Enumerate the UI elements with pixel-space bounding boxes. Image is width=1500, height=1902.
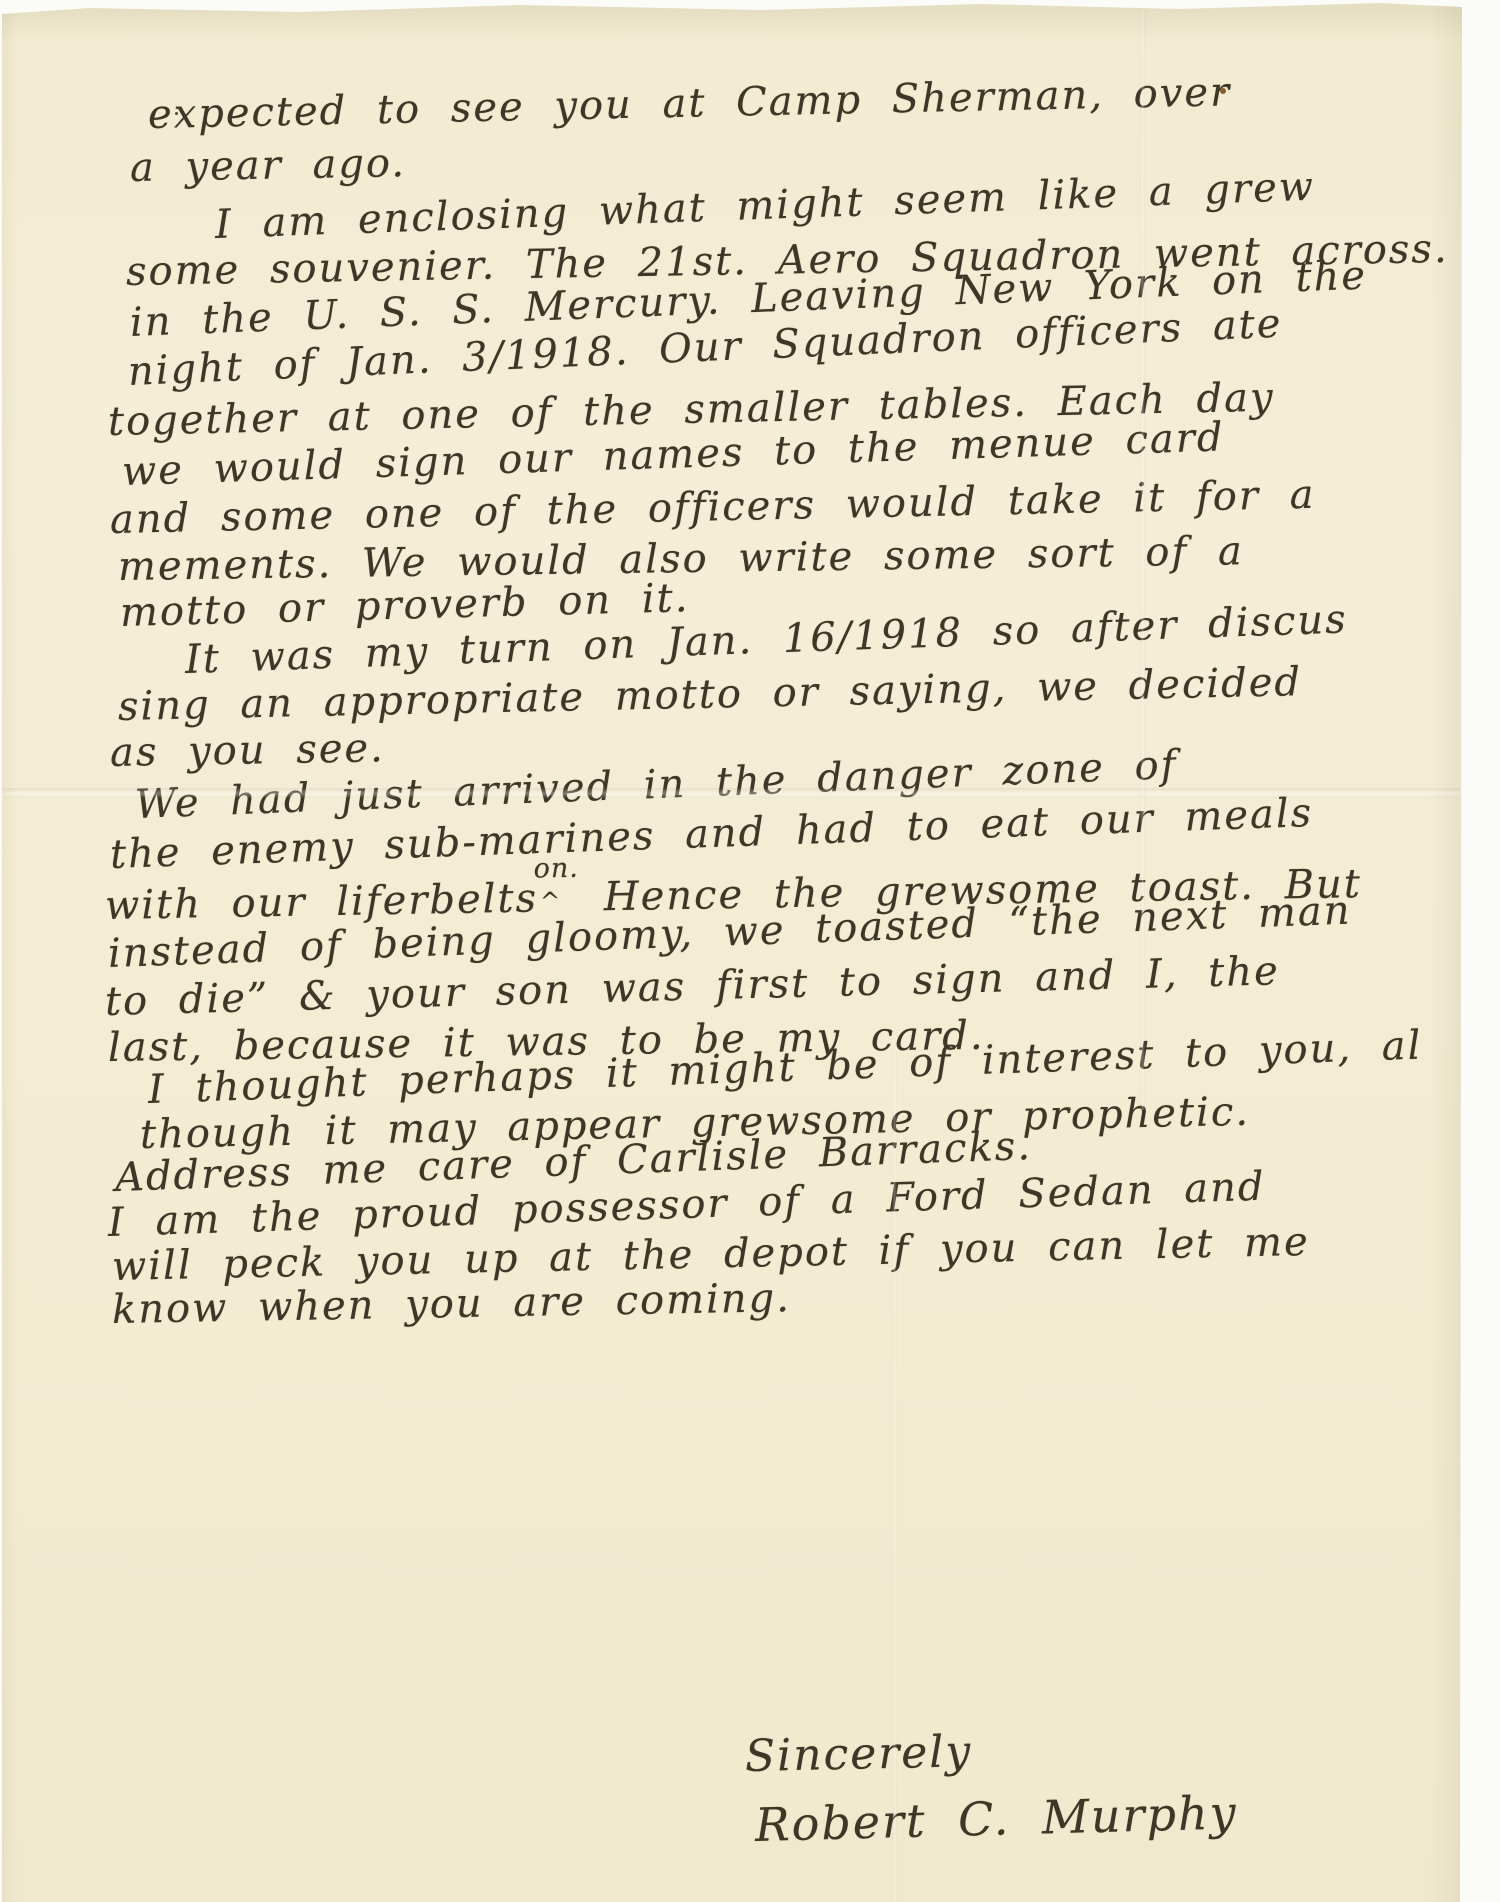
letter-line: know when you are coming.: [112, 1278, 792, 1330]
inserted-word: on.: [533, 855, 579, 883]
horizontal-fold-crease: [2, 788, 1460, 798]
letter-paper: expected to see you at Camp Sherman, ove…: [0, 0, 1500, 1902]
paper-speck: [175, 112, 178, 115]
letter-line: expected to see you at Camp Sherman, ove…: [148, 72, 1232, 135]
closing-line: Sincerely: [745, 1730, 973, 1779]
insertion-wrap: on.^: [538, 901, 574, 912]
paper-speck: [1220, 88, 1226, 94]
letter-line: a year ago.: [130, 143, 407, 188]
signature-line: Robert C. Murphy: [754, 1789, 1238, 1848]
letter-line: as you see.: [110, 728, 386, 773]
scanned-letter-page: { "document": { "kind": "handwritten let…: [0, 0, 1500, 1902]
vertical-fold-crease: [1140, 10, 1145, 1110]
vertical-fold-crease: [892, 1050, 897, 1902]
insertion-caret: ^: [540, 889, 563, 913]
